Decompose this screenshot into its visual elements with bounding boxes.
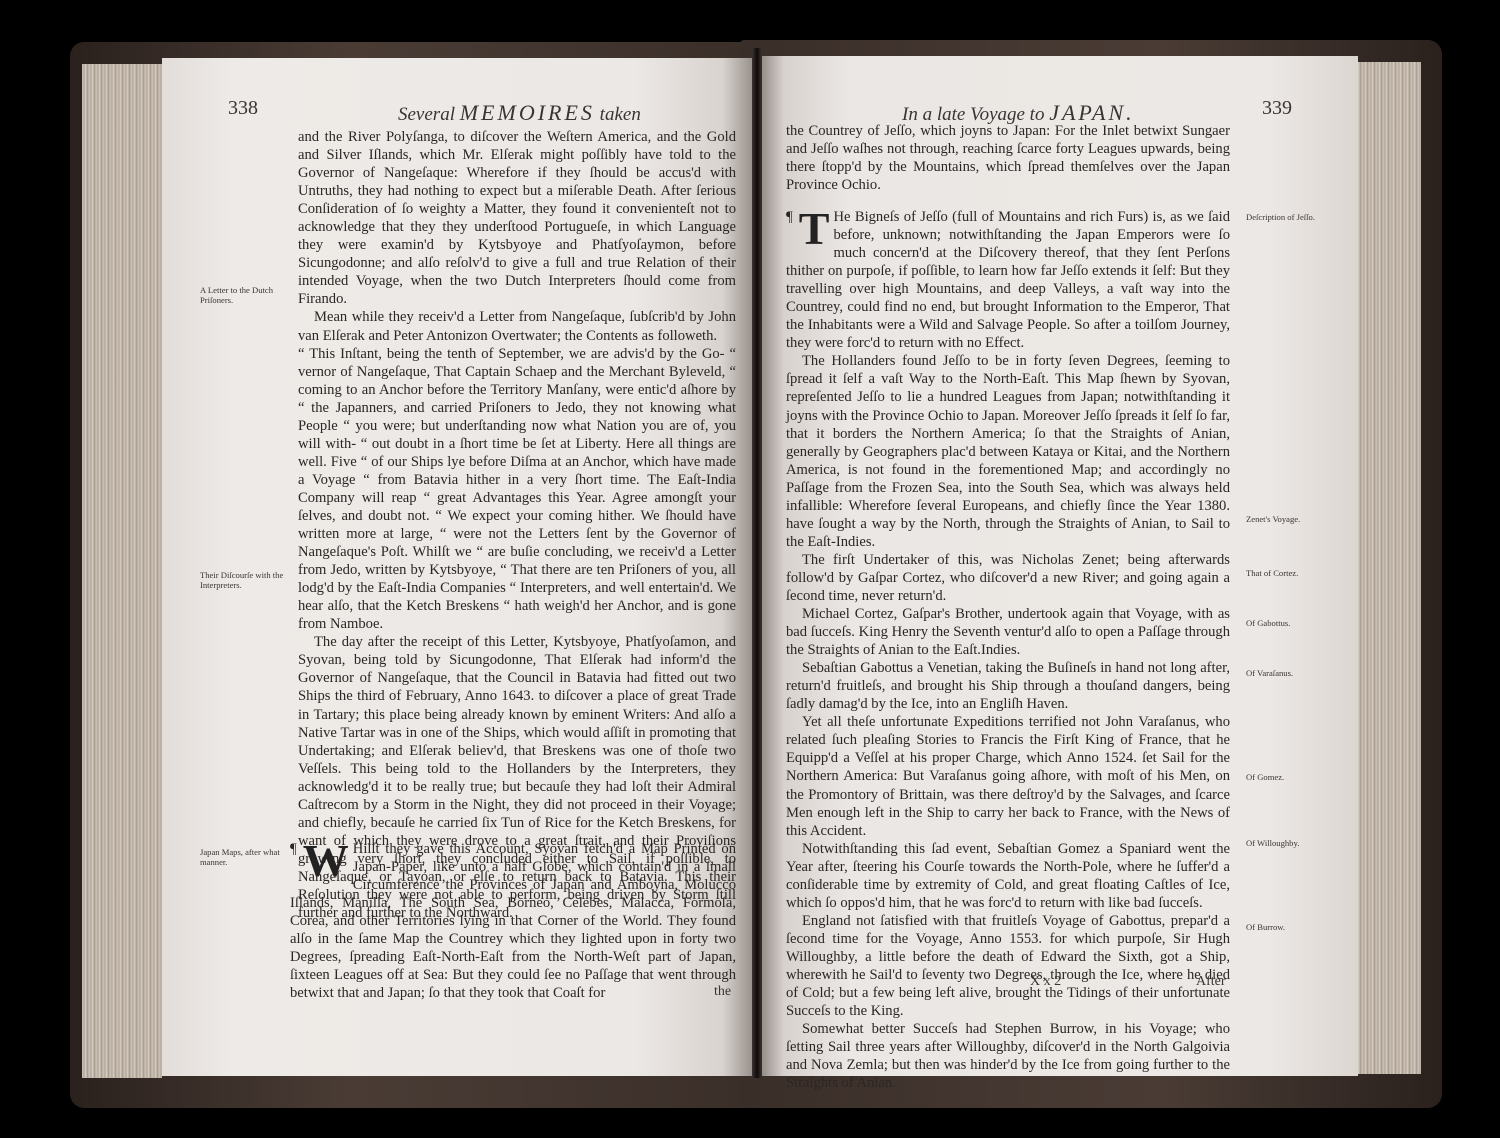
paragraph: Notwithſtanding this ſad event, Sebaſtia…	[786, 840, 1230, 912]
paragraph: and the River Polyſanga, to diſcover the…	[298, 128, 736, 308]
page-edges-right	[1355, 62, 1421, 1074]
margin-note: That of Cortez.	[1246, 568, 1336, 578]
catchword: the	[714, 984, 731, 1000]
margin-note: Of Gabottus.	[1246, 618, 1336, 628]
paragraph: England not ſatisfied with that fruitleſ…	[786, 912, 1230, 1020]
paragraph: Michael Cortez, Gaſpar's Brother, undert…	[786, 605, 1230, 659]
margin-note: Of Willoughby.	[1246, 838, 1336, 848]
drop-cap: T	[799, 210, 830, 248]
right-body-text-1: the Countrey of Jeſſo, which joyns to Ja…	[786, 122, 1230, 194]
paragraph: Mean while they receiv'd a Letter from N…	[298, 308, 736, 344]
paragraph: Somewhat better Succeſs had Stephen Burr…	[786, 1020, 1230, 1092]
margin-note: Deſcription of Jeſſo.	[1246, 212, 1336, 222]
margin-note: Their Diſcourſe with the Interpreters.	[200, 570, 292, 590]
right-page-number: 339	[1262, 97, 1292, 120]
left-page-number: 338	[228, 97, 258, 120]
paragraph: The firſt Undertaker of this, was Nichol…	[786, 551, 1230, 605]
paragraph: Yet all theſe unfortunate Expeditions te…	[786, 713, 1230, 839]
margin-note: Of Gomez.	[1246, 772, 1336, 782]
running-head-caps: MEMOIRES	[460, 100, 595, 125]
margin-note: A Letter to the Dutch Priſoners.	[200, 285, 292, 305]
quoted-letter: “ This Inſtant, being the tenth of Septe…	[298, 345, 736, 634]
margin-note: Japan Maps, after what manner.	[200, 847, 292, 867]
left-body-text-1: and the River Polyſanga, to diſcover the…	[298, 128, 736, 922]
paragraph: Hilſt they gave this Account, Syovan fet…	[290, 840, 736, 1002]
book-gutter	[752, 48, 762, 1078]
right-body-text-2: ¶ T He Bigneſs of Jeſſo (full of Mountai…	[786, 208, 1230, 1092]
catchword: After	[1196, 974, 1226, 990]
running-head-text: Several	[398, 104, 455, 125]
pilcrow-icon: ¶	[786, 208, 793, 226]
paragraph: He Bigneſs of Jeſſo (full of Mountains a…	[786, 208, 1230, 352]
paragraph: the Countrey of Jeſſo, which joyns to Ja…	[786, 122, 1230, 194]
left-body-text-2: ¶ W Hilſt they gave this Account, Syovan…	[290, 840, 736, 1002]
paragraph: Sebaſtian Gabottus a Venetian, taking th…	[786, 659, 1230, 713]
margin-note: Of Burrow.	[1246, 922, 1336, 932]
drop-cap: W	[303, 842, 349, 880]
running-head-text: taken	[600, 104, 641, 125]
left-running-head: Several MEMOIRES taken	[398, 100, 641, 126]
paragraph: The Hollanders found Jeſſo to be in fort…	[786, 352, 1230, 551]
margin-note: Zenet's Voyage.	[1246, 514, 1336, 524]
signature-mark: X x 2	[1030, 974, 1061, 990]
page-edges-left	[82, 64, 162, 1078]
margin-note: Of Varaſanus.	[1246, 668, 1336, 678]
